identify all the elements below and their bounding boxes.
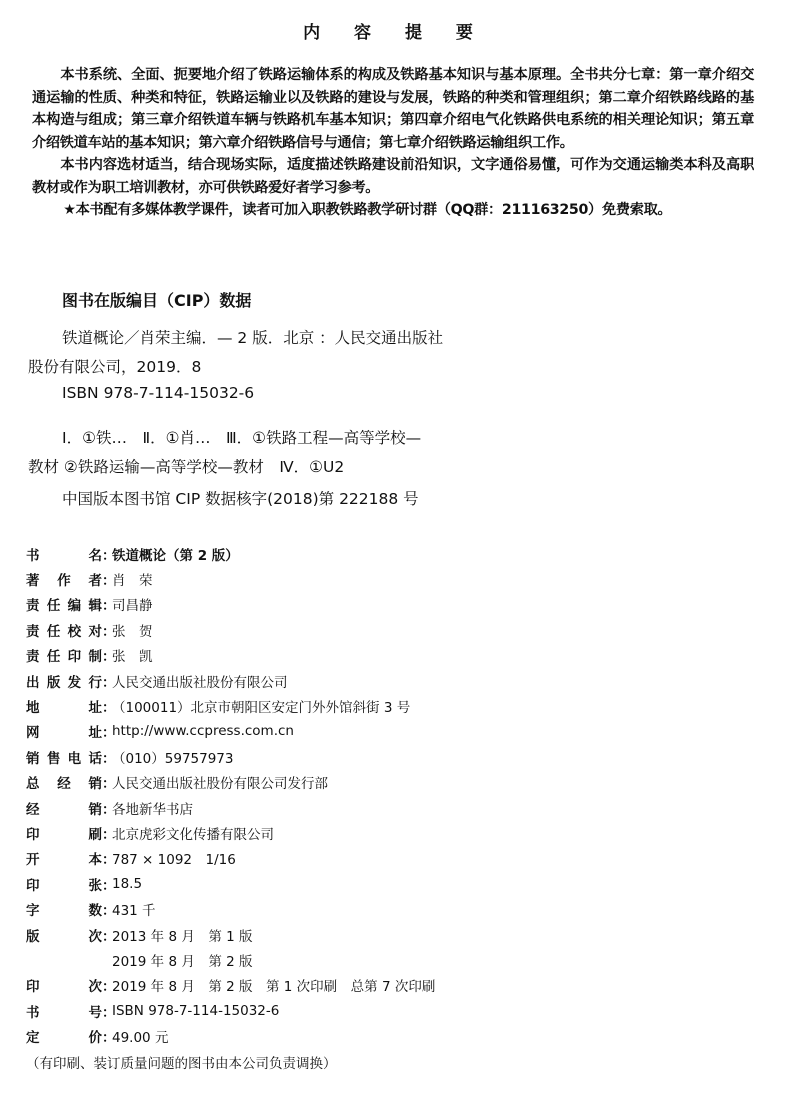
cip-heading: 图书在版编目（CIP）数据	[62, 288, 251, 311]
content-summary: 本书系统、全面、扼要地介绍了铁路运输体系的构成及铁路基本知识与基本原理。全书共分…	[32, 64, 754, 222]
metadata-value: 张 凯	[112, 645, 153, 665]
metadata-label: 网址	[26, 721, 102, 741]
metadata-value: http://www.ccpress.com.cn	[112, 723, 294, 739]
metadata-colon: ：	[102, 874, 112, 894]
metadata-row: 责任编辑：司昌静	[26, 592, 586, 617]
metadata-colon: ：	[102, 925, 112, 945]
metadata-label-char: 辑	[88, 594, 102, 614]
metadata-row: 总经销：人民交通出版社股份有限公司发行部	[26, 770, 586, 795]
cip-classification: 教材 ②铁路运输—高等学校—教材 Ⅳ．①U2	[28, 455, 344, 477]
metadata-colon: ：	[102, 645, 112, 665]
metadata-label-char: 出	[26, 671, 40, 691]
metadata-row: 定价：49.00 元	[26, 1023, 586, 1048]
metadata-label-char: 名	[89, 544, 103, 564]
metadata-colon: ：	[102, 671, 112, 691]
metadata-colon: ：	[102, 823, 112, 843]
metadata-label-char: 发	[68, 671, 82, 691]
metadata-value: 431 千	[112, 899, 156, 919]
metadata-label-char: 任	[47, 594, 61, 614]
metadata-label-char: 编	[68, 594, 82, 614]
cip-isbn: ISBN 978-7-114-15032-6	[62, 384, 254, 402]
metadata-label: 出版发行	[26, 671, 102, 691]
metadata-label-char: 网	[26, 721, 40, 741]
metadata-label-char: 书	[26, 544, 40, 564]
metadata-value: 司昌静	[112, 594, 153, 614]
metadata-label-char: 开	[26, 848, 40, 868]
cip-record-number: 中国版本图书馆 CIP 数据核字(2018)第 222188 号	[62, 487, 419, 509]
metadata-label-char: 址	[89, 721, 103, 741]
metadata-label: 经销	[26, 798, 102, 818]
summary-paragraph: 本书内容选材适当，结合现场实际，适度描述铁路建设前沿知识，文字通俗易懂，可作为交…	[32, 154, 754, 199]
metadata-value: 铁道概论（第 2 版）	[112, 544, 239, 564]
metadata-value: ISBN 978-7-114-15032-6	[112, 1003, 279, 1019]
summary-paragraph: 本书系统、全面、扼要地介绍了铁路运输体系的构成及铁路基本知识与基本原理。全书共分…	[32, 64, 754, 154]
metadata-label-char: 号	[89, 1001, 103, 1021]
metadata-label-char: 责	[26, 594, 40, 614]
metadata-value: 18.5	[112, 876, 142, 892]
metadata-label-char: 行	[88, 671, 102, 691]
metadata-label-char: 者	[89, 569, 103, 589]
cip-classification: Ⅰ．①铁… Ⅱ．①肖… Ⅲ．①铁路工程—高等学校—	[62, 426, 421, 448]
quality-notice: （有印刷、装订质量问题的图书由本公司负责调换）	[26, 1052, 337, 1072]
metadata-label-char: 张	[89, 874, 103, 894]
metadata-row: 著作者：肖 荣	[26, 566, 586, 591]
metadata-row: 字数：431 千	[26, 896, 586, 921]
metadata-label-char: 版	[47, 671, 61, 691]
metadata-label: 责任校对	[26, 620, 102, 640]
metadata-label-char: 销	[89, 798, 103, 818]
cip-line: 铁道概论／肖荣主编．— 2 版．北京 ：人民交通出版社	[62, 326, 443, 348]
metadata-label-char: 次	[89, 975, 103, 995]
metadata-value: 人民交通出版社股份有限公司	[112, 671, 288, 691]
metadata-colon: ：	[102, 848, 112, 868]
metadata-label-char: 销	[89, 772, 103, 792]
metadata-colon: ：	[102, 1026, 112, 1046]
metadata-row: 网址：http://www.ccpress.com.cn	[26, 719, 586, 744]
metadata-label: 销售电话	[26, 747, 102, 767]
metadata-label-char: 本	[89, 848, 103, 868]
metadata-label-char: 电	[68, 747, 82, 767]
metadata-row: 开本：787 × 1092 1/16	[26, 846, 586, 871]
metadata-value: 肖 荣	[112, 569, 153, 589]
metadata-label-char: 印	[26, 975, 40, 995]
metadata-colon: ：	[102, 721, 112, 741]
metadata-value: 张 贺	[112, 620, 153, 640]
metadata-label-char: 数	[89, 899, 103, 919]
metadata-value: 2013 年 8 月 第 1 版	[112, 925, 253, 945]
metadata-label-char: 次	[89, 925, 103, 945]
metadata-row: 印刷：北京虎彩文化传播有限公司	[26, 820, 586, 845]
metadata-label: 字数	[26, 899, 102, 919]
courseware-note: ★本书配有多媒体教学课件，读者可加入职教铁路教学研讨群（QQ群：21116325…	[32, 199, 754, 222]
metadata-row: 书名：铁道概论（第 2 版）	[26, 541, 586, 566]
metadata-label-char: 址	[89, 696, 103, 716]
metadata-label-char: 经	[26, 798, 40, 818]
metadata-value: 各地新华书店	[112, 798, 193, 818]
metadata-label: 开本	[26, 848, 102, 868]
metadata-colon: ：	[102, 899, 112, 919]
metadata-value: （100011）北京市朝阳区安定门外外馆斜街 3 号	[112, 696, 410, 716]
metadata-label-char: 印	[26, 874, 40, 894]
metadata-label-char: 经	[57, 772, 71, 792]
metadata-label-char: 校	[68, 620, 82, 640]
metadata-label-char: 著	[26, 569, 40, 589]
metadata-label-char: 责	[26, 645, 40, 665]
metadata-label: 印张	[26, 874, 102, 894]
metadata-label-char: 责	[26, 620, 40, 640]
metadata-colon: ：	[102, 1001, 112, 1021]
metadata-row: 印次：2019 年 8 月 第 2 版 第 1 次印刷 总第 7 次印刷	[26, 973, 586, 998]
metadata-colon: ：	[102, 620, 112, 640]
metadata-label-char: 对	[88, 620, 102, 640]
page-title: 内 容 提 要	[0, 18, 790, 43]
cip-line: 股份有限公司，2019．8	[28, 355, 201, 377]
metadata-row: 版次：2013 年 8 月 第 1 版	[26, 922, 586, 947]
metadata-colon: ：	[102, 747, 112, 767]
metadata-label: 定价	[26, 1026, 102, 1046]
metadata-colon: ：	[102, 798, 112, 818]
metadata-value: 人民交通出版社股份有限公司发行部	[112, 772, 328, 792]
metadata-label-char: 书	[26, 1001, 40, 1021]
metadata-label-char: 印	[26, 823, 40, 843]
metadata-label: 书号	[26, 1001, 102, 1021]
metadata-label-char: 定	[26, 1026, 40, 1046]
metadata-colon: ：	[102, 569, 112, 589]
metadata-colon: ：	[102, 544, 112, 564]
metadata-colon: ：	[102, 594, 112, 614]
metadata-label: 责任印制	[26, 645, 102, 665]
metadata-label-char: 刷	[89, 823, 103, 843]
metadata-label-char: 版	[26, 925, 40, 945]
metadata-label: 版次	[26, 925, 102, 945]
metadata-row: 2019 年 8 月 第 2 版	[26, 947, 586, 972]
metadata-label-char: 价	[89, 1026, 103, 1046]
metadata-colon: ：	[102, 772, 112, 792]
metadata-value: 2019 年 8 月 第 2 版 第 1 次印刷 总第 7 次印刷	[112, 975, 435, 995]
metadata-label-char: 任	[47, 620, 61, 640]
metadata-label-char: 总	[26, 772, 40, 792]
metadata-label-char: 销	[26, 747, 40, 767]
metadata-label: 印刷	[26, 823, 102, 843]
metadata-row: 经销：各地新华书店	[26, 795, 586, 820]
metadata-value: （010）59757973	[112, 747, 233, 767]
metadata-label: 总经销	[26, 772, 102, 792]
metadata-label-char: 话	[88, 747, 102, 767]
metadata-row: 责任印制：张 凯	[26, 643, 586, 668]
metadata-value: 2019 年 8 月 第 2 版	[112, 950, 253, 970]
metadata-row: 销售电话：（010）59757973	[26, 744, 586, 769]
metadata-row: 书号：ISBN 978-7-114-15032-6	[26, 998, 586, 1023]
metadata-value: 北京虎彩文化传播有限公司	[112, 823, 274, 843]
metadata-colon: ：	[102, 696, 112, 716]
metadata-label-char: 印	[68, 645, 82, 665]
metadata-label-char: 制	[88, 645, 102, 665]
metadata-row: 地址：（100011）北京市朝阳区安定门外外馆斜街 3 号	[26, 693, 586, 718]
metadata-label-char: 售	[47, 747, 61, 767]
metadata-value: 49.00 元	[112, 1026, 168, 1046]
metadata-colon: ：	[102, 975, 112, 995]
metadata-label: 地址	[26, 696, 102, 716]
metadata-label-char: 字	[26, 899, 40, 919]
publication-metadata: 书名：铁道概论（第 2 版）著作者：肖 荣责任编辑：司昌静责任校对：张 贺责任印…	[26, 541, 586, 1049]
metadata-label-char: 作	[57, 569, 71, 589]
metadata-label: 著作者	[26, 569, 102, 589]
metadata-value: 787 × 1092 1/16	[112, 848, 236, 868]
metadata-label: 书名	[26, 544, 102, 564]
metadata-label-char: 任	[47, 645, 61, 665]
metadata-row: 责任校对：张 贺	[26, 617, 586, 642]
metadata-label: 印次	[26, 975, 102, 995]
metadata-label-char: 地	[26, 696, 40, 716]
metadata-label: 责任编辑	[26, 594, 102, 614]
metadata-row: 出版发行：人民交通出版社股份有限公司	[26, 668, 586, 693]
metadata-row: 印张：18.5	[26, 871, 586, 896]
